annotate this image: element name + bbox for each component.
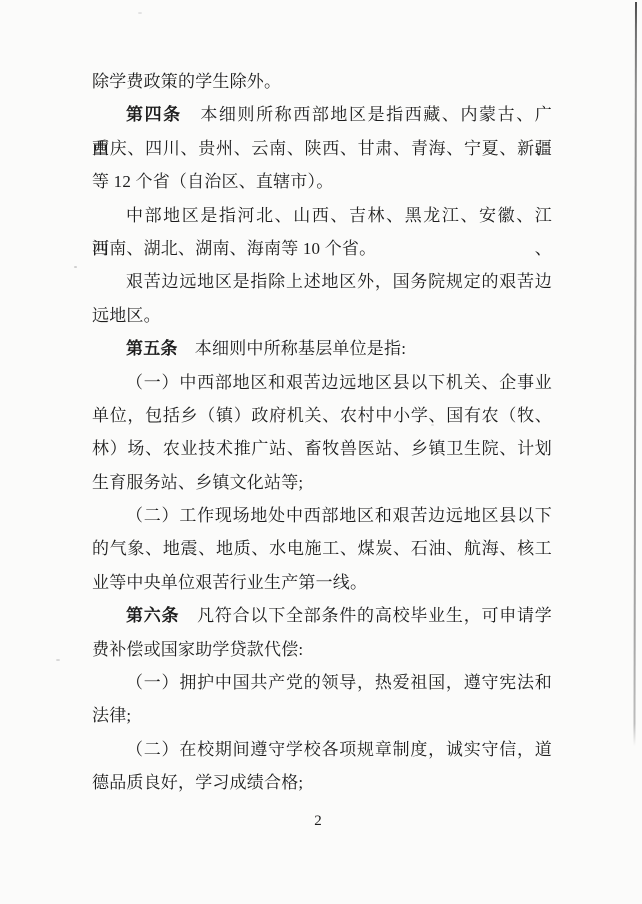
text-line: 单位，包括乡（镇）政府机关、农村中小学、国有农（牧、 [92,399,552,432]
text-segment: 的气象、地震、地质、水电施工、煤炭、石油、航海、核工 [92,539,552,558]
text-segment: 生育服务站、乡镇文化站等; [92,473,303,492]
text-line: （一）中西部地区和艰苦边远地区县以下机关、企事业 [92,366,552,399]
text-segment: （二）工作现场地处中西部地区和艰苦边远地区县以下 [126,506,552,525]
text-segment: 业等中央单位艰苦行业生产第一线。 [92,573,367,592]
text-line: 费补偿或国家助学贷款代偿: [92,633,552,666]
document-text: 除学费政策的学生除外。第四条 本细则所称西部地区是指西藏、内蒙古、广西、重庆、四… [92,65,552,800]
text-segment: 重庆、四川、贵州、云南、陕西、甘肃、青海、宁夏、新疆 [92,139,552,158]
text-segment: 单位，包括乡（镇）政府机关、农村中小学、国有农（牧、 [92,406,552,425]
scan-speck [56,659,60,661]
text-segment: （一）拥护中国共产党的领导，热爱祖国，遵守宪法和 [126,673,552,692]
scanned-document-page: 除学费政策的学生除外。第四条 本细则所称西部地区是指西藏、内蒙古、广西、重庆、四… [0,0,642,904]
text-segment: 除学费政策的学生除外。 [92,72,281,91]
text-line: （二）在校期间遵守学校各项规章制度，诚实守信，道 [92,733,552,766]
text-line: 的气象、地震、地质、水电施工、煤炭、石油、航海、核工 [92,532,552,565]
scan-speck [74,266,77,268]
text-segment: （一）中西部地区和艰苦边远地区县以下机关、企事业 [126,373,552,392]
text-segment: 费补偿或国家助学贷款代偿: [92,640,303,659]
text-line: 艰苦边远地区是指除上述地区外，国务院规定的艰苦边 [92,265,552,298]
scan-fold-line [633,2,637,746]
text-line: （二）工作现场地处中西部地区和艰苦边远地区县以下 [92,499,552,532]
text-segment: 艰苦边远地区是指除上述地区外，国务院规定的艰苦边 [126,272,552,291]
text-line: 第六条 凡符合以下全部条件的高校毕业生，可申请学 [92,599,552,632]
text-line: 法律; [92,699,552,732]
article-heading: 第五条 [126,339,178,358]
scan-speck [138,12,142,14]
text-line: 远地区。 [92,299,552,332]
text-segment: 本细则中所称基层单位是指: [178,339,407,358]
text-segment: 等 12 个省（自治区、直辖市）。 [92,172,333,191]
text-segment: （二）在校期间遵守学校各项规章制度，诚实守信，道 [126,740,552,759]
page-number: 2 [0,811,636,831]
text-line: 林）场、农业技术推广站、畜牧兽医站、乡镇卫生院、计划 [92,432,552,465]
text-segment: 林）场、农业技术推广站、畜牧兽医站、乡镇卫生院、计划 [92,439,552,458]
text-segment: 河南、湖北、湖南、海南等 10 个省。 [92,239,376,258]
text-line: 德品质良好，学习成绩合格; [92,766,552,799]
text-line: 除学费政策的学生除外。 [92,65,552,98]
text-line: 业等中央单位艰苦行业生产第一线。 [92,566,552,599]
text-segment: 法律; [92,706,131,725]
text-segment: 凡符合以下全部条件的高校毕业生，可申请学 [179,606,552,625]
text-segment: 远地区。 [92,306,161,325]
text-line: 中部地区是指河北、山西、吉林、黑龙江、安徽、江西、 [92,199,552,232]
text-line: 生育服务站、乡镇文化站等; [92,466,552,499]
article-heading: 第六条 [126,606,179,625]
text-line: 等 12 个省（自治区、直辖市）。 [92,165,552,198]
text-line: 重庆、四川、贵州、云南、陕西、甘肃、青海、宁夏、新疆 [92,132,552,165]
text-line: 第五条 本细则中所称基层单位是指: [92,332,552,365]
text-line: 第四条 本细则所称西部地区是指西藏、内蒙古、广西、 [92,98,552,131]
article-heading: 第四条 [126,105,182,124]
text-segment: 德品质良好，学习成绩合格; [92,773,303,792]
text-line: （一）拥护中国共产党的领导，热爱祖国，遵守宪法和 [92,666,552,699]
